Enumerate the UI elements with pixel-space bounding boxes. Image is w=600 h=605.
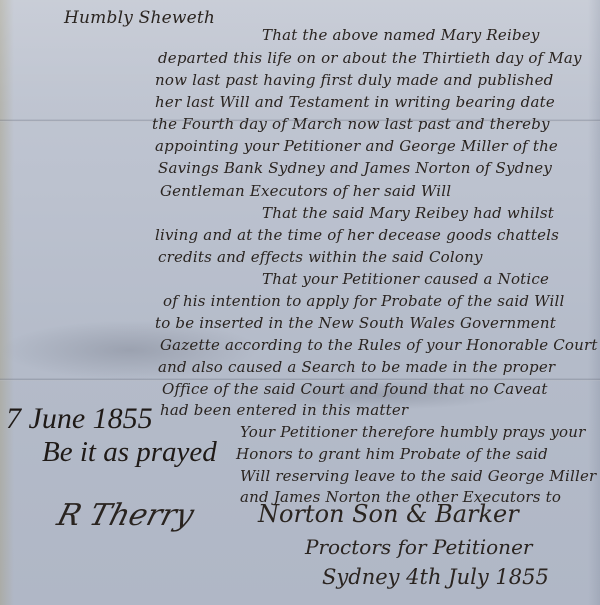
body-line: and also caused a Search to be made in t… xyxy=(158,358,555,376)
body-line: her last Will and Testament in writing b… xyxy=(155,93,555,111)
proctor-role: Proctors for Petitioner xyxy=(305,535,532,559)
firm-signature: Norton Son & Barker xyxy=(258,500,519,528)
salutation: Humbly Sheweth xyxy=(64,8,215,28)
order-date: 7 June 1855 xyxy=(6,402,153,436)
body-line: That your Petitioner caused a Notice xyxy=(262,270,549,288)
body-line: Gazette according to the Rules of your H… xyxy=(160,336,598,354)
body-line: now last past having first duly made and… xyxy=(155,71,553,89)
body-line: That the above named Mary Reibey xyxy=(262,26,540,44)
body-line: living and at the time of her decease go… xyxy=(155,226,559,244)
body-line: Gentleman Executors of her said Will xyxy=(160,182,451,200)
body-line: credits and effects within the said Colo… xyxy=(158,248,483,266)
body-line: appointing your Petitioner and George Mi… xyxy=(155,137,558,155)
judge-signature: R Therry xyxy=(53,498,197,533)
body-line: Honors to grant him Probate of the said xyxy=(236,445,548,463)
body-line: had been entered in this matter xyxy=(160,401,408,419)
body-line: Will reserving leave to the said George … xyxy=(240,467,596,485)
court-order: Be it as prayed xyxy=(42,436,217,469)
body-line: of his intention to apply for Probate of… xyxy=(163,292,564,310)
body-line: That the said Mary Reibey had whilst xyxy=(262,204,554,222)
place-date: Sydney 4th July 1855 xyxy=(322,565,549,589)
body-line: Savings Bank Sydney and James Norton of … xyxy=(158,159,552,177)
body-line: departed this life on or about the Thirt… xyxy=(158,49,582,67)
body-line: to be inserted in the New South Wales Go… xyxy=(155,314,556,332)
body-line: Your Petitioner therefore humbly prays y… xyxy=(240,423,585,441)
body-line: the Fourth day of March now last past an… xyxy=(152,115,550,133)
document-page: Humbly Sheweth That the above named Mary… xyxy=(0,0,600,605)
body-line: Office of the said Court and found that … xyxy=(162,380,548,398)
